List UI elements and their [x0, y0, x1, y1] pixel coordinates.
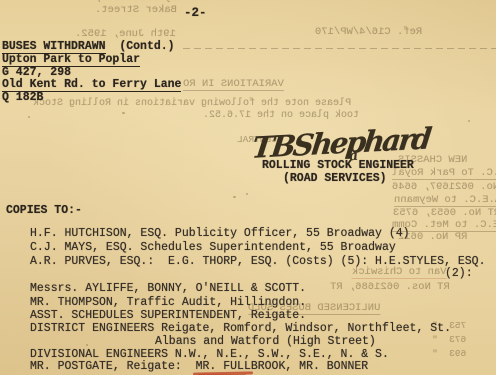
- section-contd: (Contd.): [119, 40, 174, 53]
- copies-recipient-line: MR. POSTGATE, Reigate: MR. FULLBROOK, MR…: [30, 361, 368, 373]
- copies-recipient-carry: Albans and Watford (High Street): [155, 336, 376, 348]
- scanned-memo-page: { "page": { "number": "-2-" }, "heading"…: [0, 0, 496, 375]
- fleet-codes-2: Q 182B: [2, 92, 43, 104]
- bleed-aec-line2: A.E.C. to Weymann: [394, 195, 496, 207]
- bleed-variations-heading: VARIATIONS IN RO: [183, 79, 284, 91]
- copies-recipient-line: A.R. PURVES, ESQ.: E.G. THORP, ESQ. (Cos…: [30, 256, 485, 268]
- bleed-note-line1: Please note the following variations in …: [33, 98, 351, 109]
- copies-recipient-line: MR. THOMPSON, Traffic Audit, Hillingdon.: [30, 297, 306, 309]
- bleed-rt-line1: RT No. 0621697, 6646: [392, 182, 496, 193]
- route-heading-2: Old Kent Rd. to Ferry Lane: [2, 79, 181, 91]
- bleed-rule: [183, 48, 496, 49]
- bleed-number-fragment: 693 ": [432, 348, 466, 359]
- copies-recipient-line: DISTRICT ENGINEERS Reigate, Romford, Win…: [30, 323, 451, 335]
- copies-recipient-line: H.F. HUTCHISON, ESQ. Publicity Officer, …: [30, 228, 410, 240]
- copies-recipient-line: ASST. SCHEDULES SUPERINTENDENT, Reigate.: [30, 310, 306, 322]
- bleed-date-line: 19th June, 1952.: [75, 29, 176, 40]
- paper-speck: [246, 193, 248, 195]
- section-title: BUSES WITHDRAWN: [2, 40, 106, 54]
- bleed-note-line2: took place on the 17.6.52.: [203, 110, 359, 121]
- fleet-codes-1: G 427, 298: [2, 67, 71, 79]
- paper-speck: [28, 116, 30, 118]
- copies-recipient-carry: (2):: [445, 268, 473, 280]
- copies-recipient-line: Messrs. AYLIFFE, BONNY, O'NEILL & SCOTT.: [30, 283, 306, 295]
- bleed-ref-line: Ref. C16/4/WP/170: [315, 27, 422, 38]
- copies-to-label: COPIES TO:-: [6, 205, 82, 217]
- paper-speck: [122, 112, 125, 114]
- bleed-chiswick-line: Van to Chiswick: [352, 267, 447, 279]
- signatory-role-line2: (ROAD SERVICES): [283, 173, 387, 185]
- bleed-number-fragment: 673 ": [432, 334, 466, 345]
- paper-speck: [86, 344, 88, 346]
- paper-speck: [233, 196, 236, 198]
- bleed-address-line2: Baker Street.: [95, 5, 177, 16]
- copies-recipient-line: C.J. MAYS, ESQ. Schedules Superintendent…: [30, 242, 396, 254]
- bleed-rt-fragment: RT Nos. 0621686, RT: [330, 282, 450, 293]
- section-title-contd: [106, 40, 120, 53]
- paper-speck: [468, 120, 470, 122]
- bleed-rt-line2: RT No. 0653, 6753: [393, 208, 496, 219]
- signatory-role-line1: ROLLING STOCK ENGINEER: [262, 160, 414, 172]
- route-heading-1: Upton Park to Poplar: [2, 54, 140, 66]
- page-number: -2-: [184, 7, 207, 19]
- section-title-line: BUSES WITHDRAWN (Contd.): [2, 41, 175, 53]
